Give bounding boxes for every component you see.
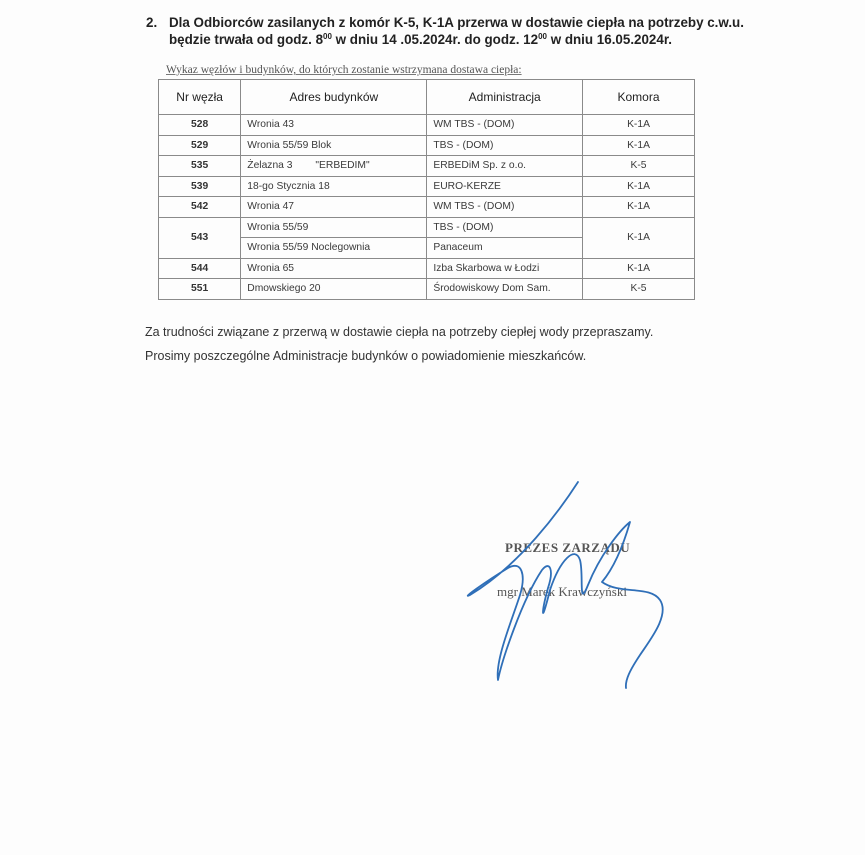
administration: Panaceum [427, 238, 583, 259]
building-address: Wronia 55/59 Noclegownia [241, 238, 427, 259]
node-number: 542 [159, 197, 241, 218]
administration: Środowiskowy Dom Sam. [427, 279, 583, 300]
section-number: 2. [146, 14, 157, 31]
chamber: K-1A [583, 176, 695, 197]
table-row: 542 Wronia 47 WM TBS - (DOM) K-1A [159, 197, 695, 218]
heading-text: będzie trwała od godz. 8 [169, 32, 323, 47]
header-administration: Administracja [427, 80, 583, 115]
node-number: 539 [159, 176, 241, 197]
section-heading: 2. Dla Odbiorców zasilanych z komór K-5,… [146, 14, 786, 48]
administration: WM TBS - (DOM) [427, 197, 583, 218]
heading-text: w dniu 16.05.2024r. [547, 32, 672, 47]
building-address: Wronia 47 [241, 197, 427, 218]
chamber: K-1A [583, 258, 695, 279]
time-superscript: 00 [323, 32, 332, 41]
chamber: K-1A [583, 135, 695, 156]
building-address: Żelazna 3 "ERBEDIM" [241, 156, 427, 177]
table-row: 528 Wronia 43 WM TBS - (DOM) K-1A [159, 115, 695, 136]
administration: EURO-KERZE [427, 176, 583, 197]
administration: Izba Skarbowa w Łodzi [427, 258, 583, 279]
table-header-row: Nr węzła Adres budynków Administracja Ko… [159, 80, 695, 115]
heading-line-2: będzie trwała od godz. 800 w dniu 14 .05… [169, 31, 786, 48]
chamber: K-5 [583, 156, 695, 177]
table-row: 529 Wronia 55/59 Blok TBS - (DOM) K-1A [159, 135, 695, 156]
table-row: 543 Wronia 55/59 TBS - (DOM) K-1A [159, 217, 695, 238]
document-page: 2. Dla Odbiorców zasilanych z komór K-5,… [0, 0, 865, 855]
chamber: K-1A [583, 217, 695, 258]
chamber: K-1A [583, 197, 695, 218]
handwritten-signature-icon [450, 470, 700, 700]
apology-note: Za trudności związane z przerwą w dostaw… [145, 325, 653, 339]
header-node: Nr węzła [159, 80, 241, 115]
building-address: Wronia 43 [241, 115, 427, 136]
building-address: Dmowskiego 20 [241, 279, 427, 300]
header-address: Adres budynków [241, 80, 427, 115]
node-number: 544 [159, 258, 241, 279]
node-number: 529 [159, 135, 241, 156]
header-chamber: Komora [583, 80, 695, 115]
chamber: K-1A [583, 115, 695, 136]
heat-nodes-table: Nr węzła Adres budynków Administracja Ko… [158, 79, 695, 300]
table-row: 535 Żelazna 3 "ERBEDIM" ERBEDiM Sp. z o.… [159, 156, 695, 177]
building-address: 18-go Stycznia 18 [241, 176, 427, 197]
table-row: 551 Dmowskiego 20 Środowiskowy Dom Sam. … [159, 279, 695, 300]
administration: TBS - (DOM) [427, 135, 583, 156]
administration: TBS - (DOM) [427, 217, 583, 238]
chamber: K-5 [583, 279, 695, 300]
node-number: 528 [159, 115, 241, 136]
table-row: 544 Wronia 65 Izba Skarbowa w Łodzi K-1A [159, 258, 695, 279]
building-address: Wronia 55/59 [241, 217, 427, 238]
signature-block: PREZES ZARZĄDU mgr Marek Krawczyński [450, 470, 700, 700]
administration: ERBEDiM Sp. z o.o. [427, 156, 583, 177]
node-number: 535 [159, 156, 241, 177]
building-address: Wronia 55/59 Blok [241, 135, 427, 156]
table-row: 539 18-go Stycznia 18 EURO-KERZE K-1A [159, 176, 695, 197]
building-address: Wronia 65 [241, 258, 427, 279]
administration: WM TBS - (DOM) [427, 115, 583, 136]
node-number: 543 [159, 217, 241, 258]
table-caption: Wykaz węzłów i budynków, do których zost… [166, 64, 522, 76]
notify-residents-note: Prosimy poszczególne Administracje budyn… [145, 349, 586, 363]
time-superscript: 00 [538, 32, 547, 41]
node-number: 551 [159, 279, 241, 300]
heading-line-1: Dla Odbiorców zasilanych z komór K-5, K-… [169, 14, 786, 31]
heading-text: w dniu 14 .05.2024r. do godz. 12 [332, 32, 538, 47]
